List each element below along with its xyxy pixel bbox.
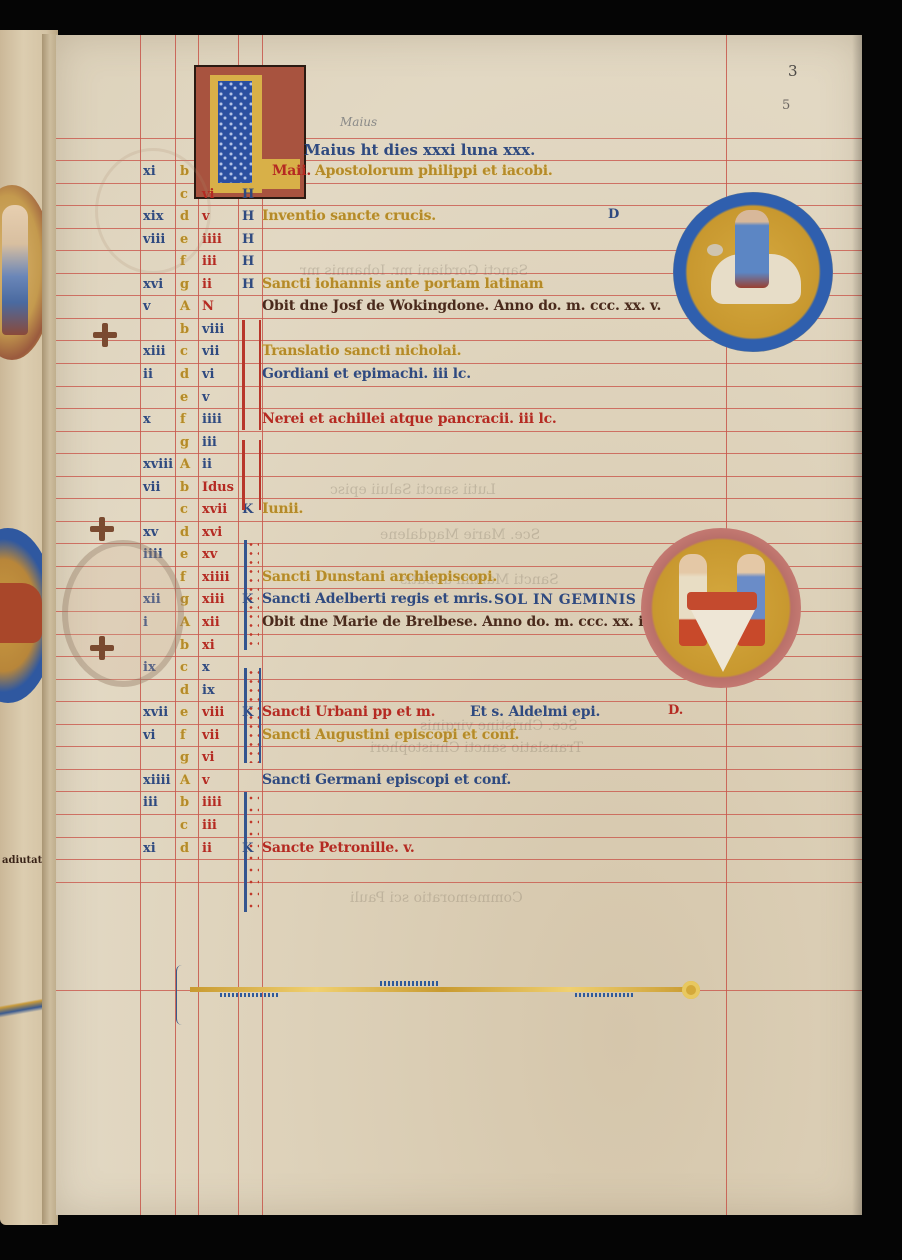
penwork-flourish	[176, 965, 189, 1025]
line-filler-gold-bar	[190, 987, 695, 992]
dominical-letter: c	[180, 343, 188, 361]
line-filler-quatrefoil	[682, 981, 700, 999]
dominical-letter: b	[180, 321, 189, 339]
roman-day: xvii	[202, 501, 227, 519]
roman-day: xi	[202, 637, 215, 655]
show-through-text: Commemoratio sci Pauli	[350, 890, 523, 906]
kalends-mark: H	[242, 231, 254, 249]
roman-day: viii	[202, 704, 224, 722]
folio-number: 3	[788, 62, 798, 80]
golden-number: xv	[143, 524, 158, 542]
feast-entry-secondary: Et s. Aldelmi epi.	[470, 702, 600, 722]
dominical-letter: g	[180, 434, 189, 452]
rule-horizontal	[56, 431, 862, 432]
rule-horizontal	[56, 701, 862, 702]
golden-number: xiii	[143, 343, 166, 361]
golden-number: xviii	[143, 456, 173, 474]
roman-day: iii	[202, 434, 217, 452]
shield-point	[691, 610, 755, 672]
roundel-labour-of-month: May	[673, 192, 833, 352]
roman-day: ii	[202, 840, 212, 858]
roman-day: xii	[202, 614, 220, 632]
rule-horizontal	[56, 859, 862, 860]
dominical-letter: c	[180, 659, 188, 677]
dominical-letter: e	[180, 704, 188, 722]
dominical-letter: A	[180, 772, 190, 790]
feast-entry: Sancti Dunstani archiepiscopi.	[262, 567, 497, 587]
feast-entry: Sancti Adelberti regis et mris.	[262, 589, 493, 609]
golden-number: x	[143, 411, 151, 429]
dominical-letter: f	[180, 569, 186, 587]
kal-flourish-red	[242, 440, 261, 510]
show-through-text: Sce. Marie Magdalene	[380, 527, 540, 543]
month-heading: Maius ht dies xxxi luna xxx.	[304, 141, 535, 159]
feast-entry: Sancti Germani episcopi et conf.	[262, 770, 511, 790]
offset-stain	[62, 540, 184, 687]
roman-day: ix	[202, 682, 215, 700]
dominical-letter: e	[180, 389, 188, 407]
dominical-letter: g	[180, 276, 189, 294]
roman-day: Idus	[202, 479, 234, 497]
roman-day: v	[202, 772, 210, 790]
kal-flourish-blue	[244, 792, 259, 912]
golden-number: v	[143, 298, 151, 316]
page-edge-shadow	[852, 35, 864, 1215]
roman-day: xv	[202, 546, 217, 564]
feast-entry: Iunii.	[262, 499, 303, 519]
roman-day: xiiii	[202, 569, 230, 587]
golden-number: xvi	[143, 276, 163, 294]
feast-entry: Sancti Urbani pp et m.	[262, 702, 435, 722]
roman-day: vi	[202, 366, 215, 384]
feast-entry: Obit dne Josf de Wokingdone. Anno do. m.…	[262, 296, 661, 316]
rider-figure	[735, 210, 769, 288]
dominical-letter: d	[180, 366, 189, 384]
kal-flourish-red	[242, 320, 261, 430]
roman-day: xiii	[202, 591, 225, 609]
feast-entry: Obit dne Marie de Brelbese. Anno do. m. …	[262, 612, 658, 632]
roman-day: iii	[202, 253, 217, 271]
roman-day: ii	[202, 276, 212, 294]
roman-day: xvi	[202, 524, 222, 542]
kal-flourish-blue	[244, 540, 259, 650]
dominical-letter: A	[180, 456, 190, 474]
kalends-mark: H	[242, 276, 254, 294]
cross-patty-icon	[93, 323, 117, 347]
dominical-letter: f	[180, 411, 186, 429]
roundel-gemini: Gemini	[641, 528, 801, 688]
feast-entry: Inventio sancte crucis.	[262, 206, 436, 226]
falcon-figure	[707, 244, 723, 256]
line-filler-decoration	[190, 978, 720, 1002]
roman-day: iiii	[202, 794, 222, 812]
roman-day: v	[202, 389, 210, 407]
dominical-letter: A	[180, 298, 190, 316]
golden-number: xvii	[143, 704, 168, 722]
dominical-letter: c	[180, 817, 188, 835]
rule-horizontal	[56, 453, 862, 454]
roman-day: ii	[202, 456, 212, 474]
roman-day: x	[202, 659, 210, 677]
feast-entry: Gordiani et epimachi. iii lc.	[262, 364, 471, 384]
feast-grade: D	[608, 206, 619, 224]
golden-number: iii	[143, 794, 158, 812]
cross-patty-icon	[90, 517, 114, 541]
dominical-letter: d	[180, 524, 189, 542]
rule-horizontal	[56, 837, 862, 838]
dominical-letter: b	[180, 794, 189, 812]
dominical-letter: b	[180, 637, 189, 655]
line-filler-blue-stroke	[220, 993, 280, 997]
rule-horizontal	[56, 498, 862, 499]
rule-horizontal	[56, 386, 862, 387]
dominical-letter: c	[180, 501, 188, 519]
roman-day: iiii	[202, 411, 222, 429]
feast-entry: Sancti iohannis ante portam latinam	[262, 274, 543, 294]
feast-entry: Translatio sancti nicholai.	[262, 341, 461, 361]
dominical-letter: e	[180, 546, 188, 564]
line-filler-blue-stroke	[380, 981, 440, 986]
rule-horizontal	[56, 882, 862, 883]
feast-entry: Sancte Petronille. v.	[262, 838, 415, 858]
golden-number: xi	[143, 840, 156, 858]
rule-horizontal	[56, 521, 862, 522]
offset-stain	[95, 148, 211, 274]
roman-day: iii	[202, 817, 217, 835]
folio-number-secondary: 5	[782, 98, 790, 113]
roman-day: viii	[202, 321, 224, 339]
feast-prefix: Maii.	[272, 161, 311, 181]
bull-figure	[0, 583, 42, 643]
dominical-letter: f	[180, 727, 186, 745]
golden-number: vi	[143, 727, 156, 745]
feast-entry: Sancti Augustini episcopi et conf.	[262, 725, 519, 745]
dominical-letter: d	[180, 840, 189, 858]
shield-figure	[687, 592, 757, 610]
feast-grade: D.	[668, 702, 683, 720]
line-filler-blue-stroke	[575, 993, 635, 997]
dominical-letter: g	[180, 749, 189, 767]
rule-horizontal	[56, 791, 862, 792]
golden-number: xiiii	[143, 772, 171, 790]
dominical-letter: b	[180, 479, 189, 497]
initial-blue-infill	[218, 81, 252, 183]
feast-entry: Nerei et achillei atque pancracii. iii l…	[262, 409, 557, 429]
kalends-mark: H	[242, 186, 254, 204]
roman-day: vii	[202, 343, 219, 361]
kalends-mark: H	[242, 253, 254, 271]
roman-day: N	[202, 298, 214, 316]
pencil-note: Maius	[340, 115, 377, 129]
zodiac-note: SOL IN GEMINIS	[494, 592, 636, 608]
kal-flourish-blue	[244, 668, 261, 763]
rule-horizontal	[56, 814, 862, 815]
roman-day: vii	[202, 727, 219, 745]
roman-day: vi	[202, 749, 215, 767]
rule-horizontal	[56, 476, 862, 477]
show-through-text: Lutii sancti Saluii episc	[330, 482, 496, 498]
king-figure	[2, 205, 28, 335]
feast-entry: Apostolorum philippi et iacobi.	[315, 161, 553, 181]
golden-number: vii	[143, 479, 160, 497]
dominical-letter: d	[180, 682, 189, 700]
rule-horizontal	[56, 138, 862, 139]
cross-patty-icon	[90, 636, 114, 660]
kalends-mark: H	[242, 208, 254, 226]
golden-number: ii	[143, 366, 153, 384]
rule-vertical	[238, 35, 239, 1215]
